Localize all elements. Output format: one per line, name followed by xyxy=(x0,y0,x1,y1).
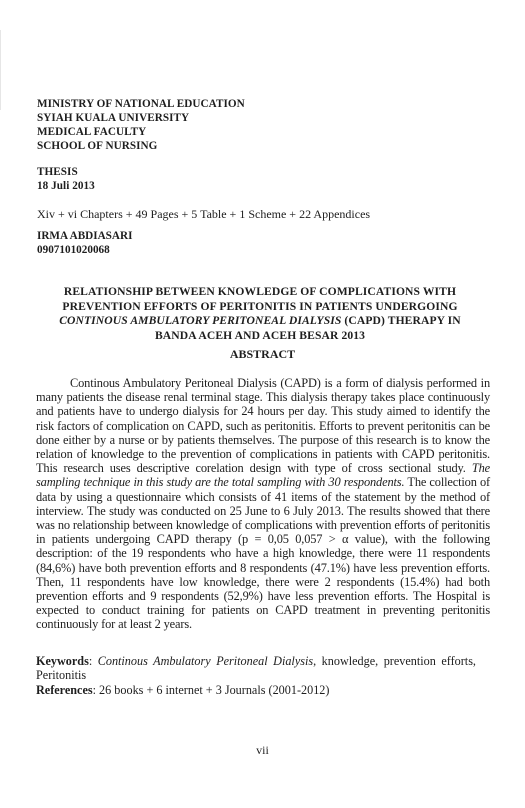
faculty-line: MEDICAL FACULTY xyxy=(37,125,245,139)
keywords: Keywords: Continous Ambulatory Peritonea… xyxy=(36,655,476,682)
author-block: IRMA ABDIASARI 0907101020068 xyxy=(37,229,132,257)
school-line: SCHOOL OF NURSING xyxy=(37,139,245,153)
thesis-info: THESIS 18 Juli 2013 xyxy=(37,165,95,193)
abstract-text-2: The collection of data by using a questi… xyxy=(36,475,490,631)
title-italic: CONTINOUS AMBULATORY PERITONEAL DIALYSIS xyxy=(59,314,341,327)
abstract-text-1: Continous Ambulatory Peritoneal Dialysis… xyxy=(36,376,490,475)
ministry-line: MINISTRY OF NATIONAL EDUCATION xyxy=(37,97,245,111)
page-count-summary: Xiv + vi Chapters + 49 Pages + 5 Table +… xyxy=(37,207,370,222)
abstract-heading: ABSTRACT xyxy=(0,347,525,362)
title-part-1: RELATIONSHIP BETWEEN KNOWLEDGE OF COMPLI… xyxy=(62,285,457,313)
scan-edge xyxy=(0,30,1,110)
doc-type: THESIS xyxy=(37,165,95,179)
references: References: 26 books + 6 internet + 3 Jo… xyxy=(36,683,329,698)
institution-header: MINISTRY OF NATIONAL EDUCATION SYIAH KUA… xyxy=(37,97,245,153)
references-label: References xyxy=(36,683,93,697)
author-name: IRMA ABDIASARI xyxy=(37,229,132,243)
keywords-italic: Continous Ambulatory Peritoneal Dialysis xyxy=(98,654,313,668)
document-page: MINISTRY OF NATIONAL EDUCATION SYIAH KUA… xyxy=(0,0,525,808)
keywords-label: Keywords xyxy=(36,654,89,668)
abstract-body: Continous Ambulatory Peritoneal Dialysis… xyxy=(36,376,490,632)
page-number: vii xyxy=(0,743,525,758)
student-id: 0907101020068 xyxy=(37,243,132,257)
references-value: : 26 books + 6 internet + 3 Journals (20… xyxy=(93,683,330,697)
thesis-title: RELATIONSHIP BETWEEN KNOWLEDGE OF COMPLI… xyxy=(40,285,480,343)
university-line: SYIAH KUALA UNIVERSITY xyxy=(37,111,245,125)
thesis-date: 18 Juli 2013 xyxy=(37,179,95,193)
